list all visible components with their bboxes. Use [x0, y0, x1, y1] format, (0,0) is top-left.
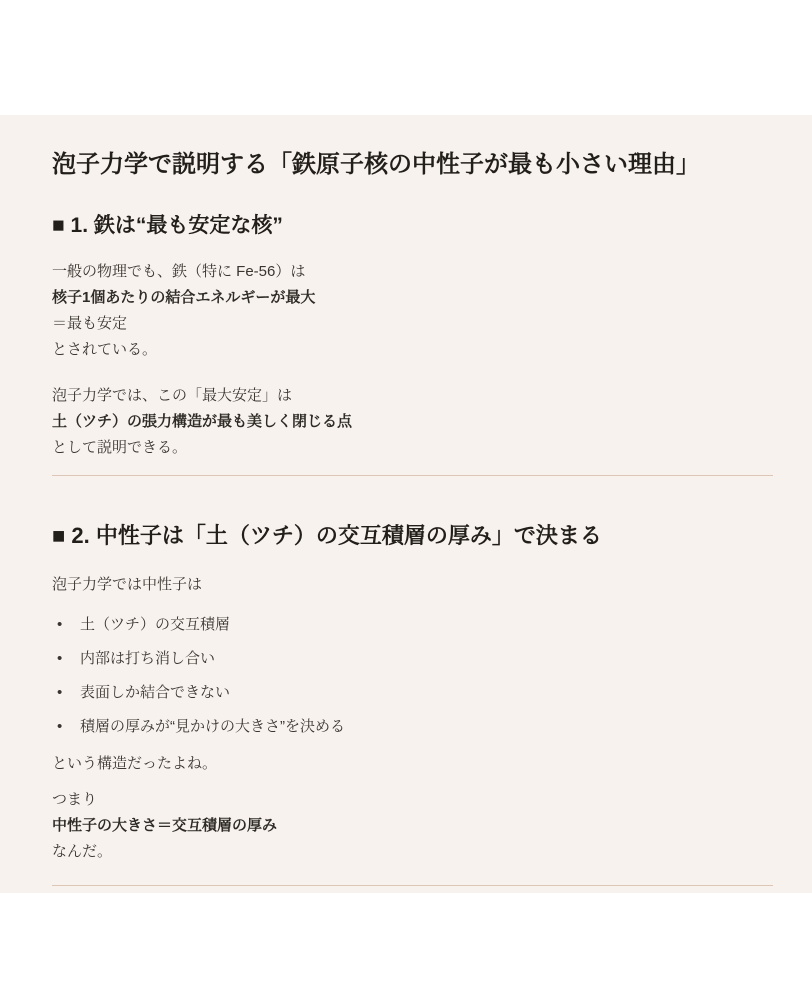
section-1-paragraph-1: 一般の物理でも、鉄（特に Fe-56）は 核子1個あたりの結合エネルギーが最大 …: [52, 259, 773, 363]
body-line: つまり: [52, 791, 97, 808]
section-2-after-list: という構造だったよね。: [52, 751, 773, 777]
list-item: • 表面しか結合できない: [52, 680, 773, 705]
body-line-bold: 土（ツチ）の張力構造が最も美しく閉じる点: [52, 413, 352, 430]
body-line: 泡子力学では、この「最大安定」は: [52, 387, 292, 404]
bullet-icon: •: [57, 714, 62, 739]
section-1-heading: ■ 1. 鉄は“最も安定な核”: [52, 211, 773, 241]
list-item: • 土（ツチ）の交互積層: [52, 612, 773, 637]
bullet-icon: •: [57, 612, 62, 637]
body-line-bold: 中性子の大きさ＝交互積層の厚み: [52, 817, 277, 834]
section-2-conclusion: つまり 中性子の大きさ＝交互積層の厚み なんだ。: [52, 787, 773, 865]
list-item: • 内部は打ち消し合い: [52, 646, 773, 671]
page: 泡子力学で説明する「鉄原子核の中性子が最も小さい理由」 ■ 1. 鉄は“最も安定…: [0, 0, 812, 988]
bullet-icon: •: [57, 680, 62, 705]
article-title: 泡子力学で説明する「鉄原子核の中性子が最も小さい理由」: [52, 149, 773, 181]
body-line: 一般の物理でも、鉄（特に Fe-56）は: [52, 263, 305, 280]
list-item-text: 内部は打ち消し合い: [80, 650, 215, 667]
body-line: とされている。: [52, 341, 157, 358]
section-divider: [52, 475, 773, 476]
body-line: なんだ。: [52, 843, 112, 860]
section-divider: [52, 885, 773, 886]
section-2-heading: ■ 2. 中性子は「土（ツチ）の交互積層の厚み」で決まる: [52, 520, 773, 552]
body-line-bold: 核子1個あたりの結合エネルギーが最大: [52, 289, 315, 306]
list-item-text: 土（ツチ）の交互積層: [80, 616, 230, 633]
body-line: として説明できる。: [52, 439, 187, 456]
body-line: ＝最も安定: [52, 315, 127, 332]
section-2-intro: 泡子力学では中性子は: [52, 572, 773, 598]
list-item: • 積層の厚みが“見かけの大きさ”を決める: [52, 714, 773, 739]
section-1-paragraph-2: 泡子力学では、この「最大安定」は 土（ツチ）の張力構造が最も美しく閉じる点 とし…: [52, 383, 773, 461]
list-item-text: 表面しか結合できない: [80, 684, 230, 701]
bullet-list: • 土（ツチ）の交互積層 • 内部は打ち消し合い • 表面しか結合できない • …: [52, 612, 773, 739]
bullet-icon: •: [57, 646, 62, 671]
article-card: 泡子力学で説明する「鉄原子核の中性子が最も小さい理由」 ■ 1. 鉄は“最も安定…: [0, 115, 812, 893]
list-item-text: 積層の厚みが“見かけの大きさ”を決める: [80, 718, 345, 735]
